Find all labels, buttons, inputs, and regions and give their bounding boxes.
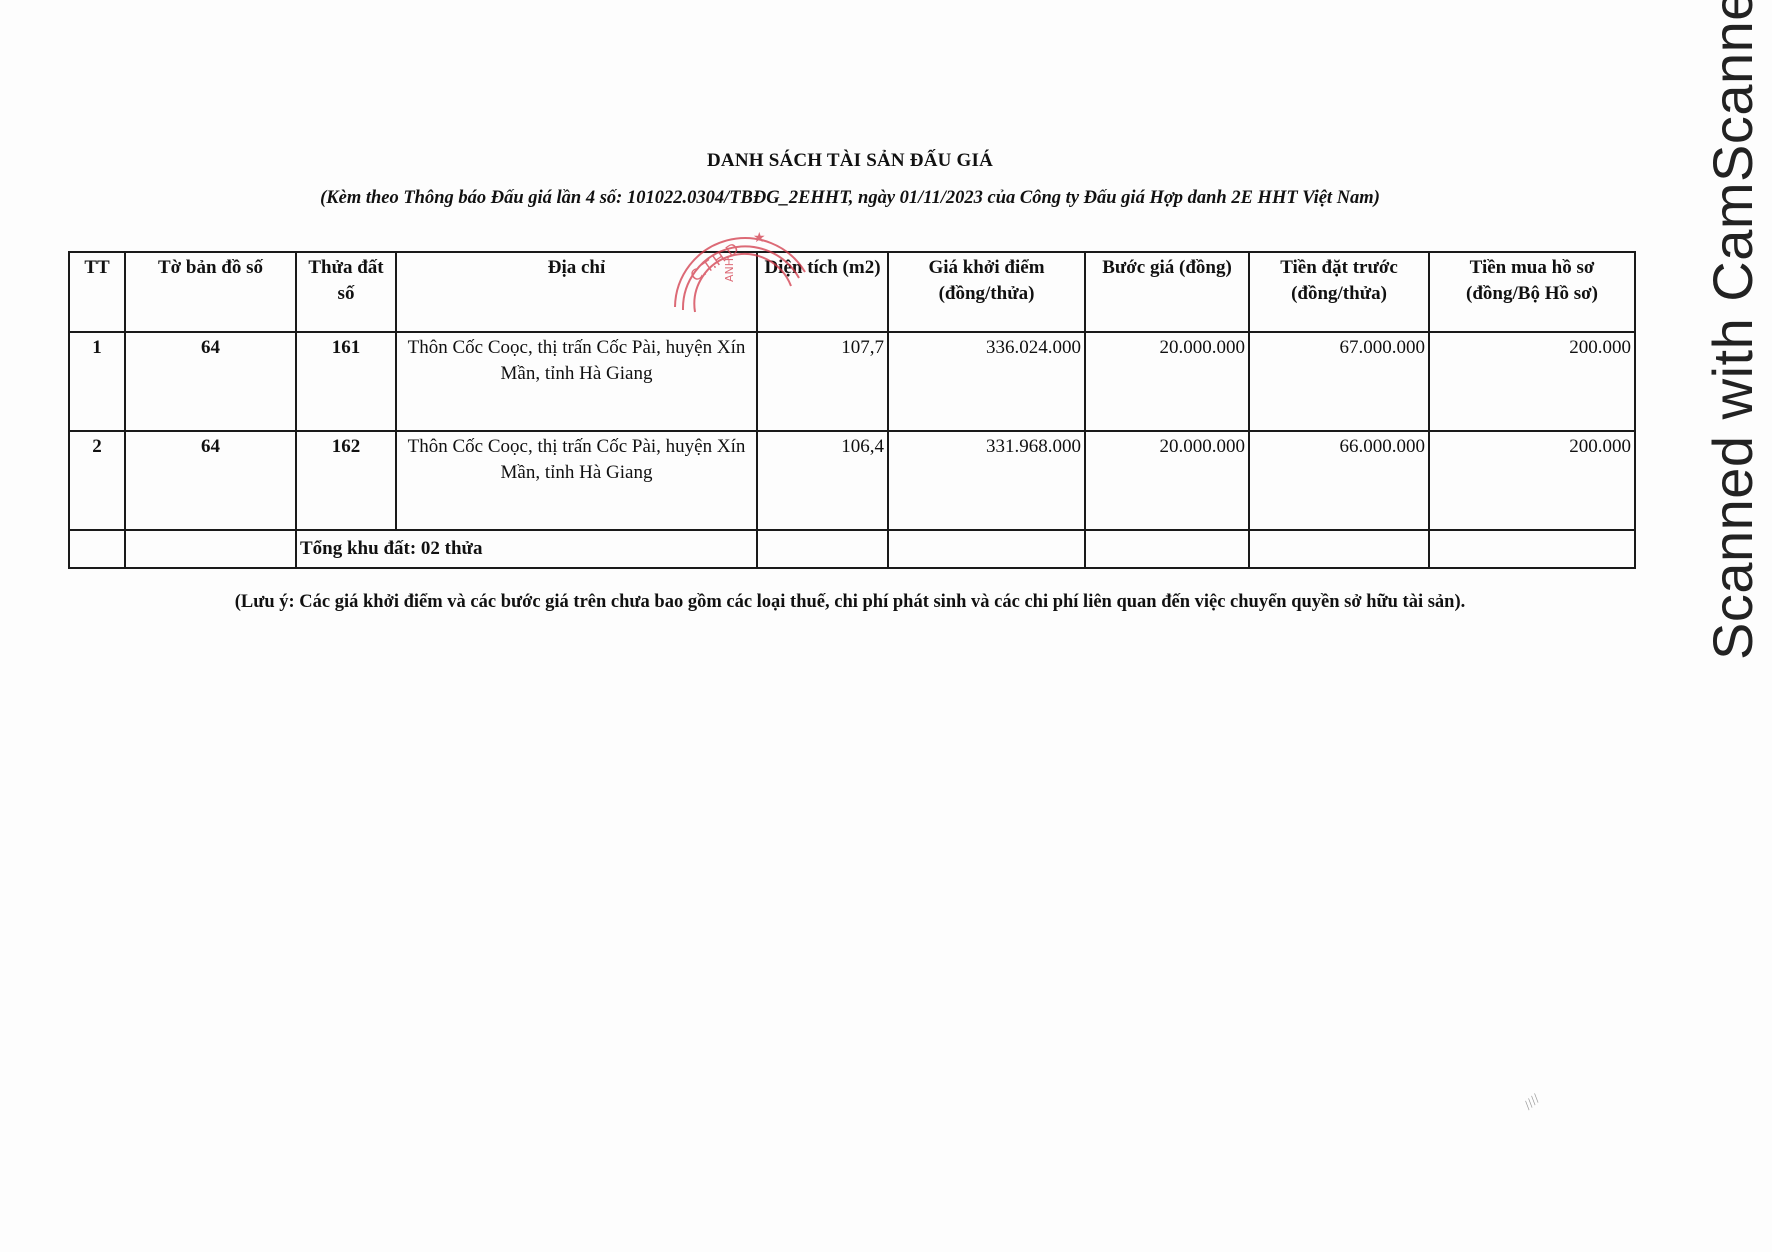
cell-bid-step: 20.000.000 bbox=[1085, 431, 1249, 530]
table-row: 2 64 162 Thôn Cốc Coọc, thị trấn Cốc Pài… bbox=[69, 431, 1635, 530]
cell-area: 107,7 bbox=[757, 332, 888, 431]
cell-empty bbox=[1249, 530, 1429, 568]
header-starting-price: Giá khởi điểm (đồng/thửa) bbox=[888, 252, 1085, 332]
cell-tt: 2 bbox=[69, 431, 125, 530]
footnote: (Lưu ý: Các giá khởi điểm và các bước gi… bbox=[0, 592, 1700, 613]
cell-map-sheet: 64 bbox=[125, 431, 296, 530]
cell-starting-price: 336.024.000 bbox=[888, 332, 1085, 431]
document-title: DANH SÁCH TÀI SẢN ĐẤU GIÁ bbox=[0, 150, 1700, 172]
table-header-row: TT Tờ bản đồ số Thửa đất số Địa chỉ Diện… bbox=[69, 252, 1635, 332]
cell-starting-price: 331.968.000 bbox=[888, 431, 1085, 530]
cell-empty bbox=[69, 530, 125, 568]
header-map-sheet: Tờ bản đồ số bbox=[125, 252, 296, 332]
camscanner-watermark: Scanned with CamScanner bbox=[1700, 0, 1765, 660]
document-subtitle: (Kèm theo Thông báo Đấu giá lần 4 số: 10… bbox=[0, 188, 1700, 209]
table-row: 1 64 161 Thôn Cốc Coọc, thị trấn Cốc Pài… bbox=[69, 332, 1635, 431]
asset-table: TT Tờ bản đồ số Thửa đất số Địa chỉ Diện… bbox=[68, 251, 1636, 569]
header-tt: TT bbox=[69, 252, 125, 332]
cell-deposit: 66.000.000 bbox=[1249, 431, 1429, 530]
cell-bid-step: 20.000.000 bbox=[1085, 332, 1249, 431]
scan-mark: //// bbox=[1522, 1092, 1544, 1114]
cell-address: Thôn Cốc Coọc, thị trấn Cốc Pài, huyện X… bbox=[396, 332, 757, 431]
cell-tt: 1 bbox=[69, 332, 125, 431]
cell-dossier-fee: 200.000 bbox=[1429, 332, 1635, 431]
header-parcel-no: Thửa đất số bbox=[296, 252, 396, 332]
svg-text:★: ★ bbox=[753, 230, 766, 246]
table-total-row: Tổng khu đất: 02 thửa bbox=[69, 530, 1635, 568]
cell-empty bbox=[1429, 530, 1635, 568]
total-label: Tổng khu đất: 02 thửa bbox=[296, 530, 757, 568]
cell-address: Thôn Cốc Coọc, thị trấn Cốc Pài, huyện X… bbox=[396, 431, 757, 530]
header-bid-step: Bước giá (đồng) bbox=[1085, 252, 1249, 332]
cell-empty bbox=[757, 530, 888, 568]
header-address: Địa chỉ bbox=[396, 252, 757, 332]
cell-area: 106,4 bbox=[757, 431, 888, 530]
cell-parcel-no: 161 bbox=[296, 332, 396, 431]
cell-empty bbox=[1085, 530, 1249, 568]
cell-deposit: 67.000.000 bbox=[1249, 332, 1429, 431]
header-deposit: Tiền đặt trước (đồng/thửa) bbox=[1249, 252, 1429, 332]
cell-map-sheet: 64 bbox=[125, 332, 296, 431]
header-dossier-fee: Tiền mua hồ sơ (đồng/Bộ Hồ sơ) bbox=[1429, 252, 1635, 332]
cell-dossier-fee: 200.000 bbox=[1429, 431, 1635, 530]
cell-empty bbox=[888, 530, 1085, 568]
header-area: Diện tích (m2) bbox=[757, 252, 888, 332]
cell-parcel-no: 162 bbox=[296, 431, 396, 530]
cell-empty bbox=[125, 530, 296, 568]
